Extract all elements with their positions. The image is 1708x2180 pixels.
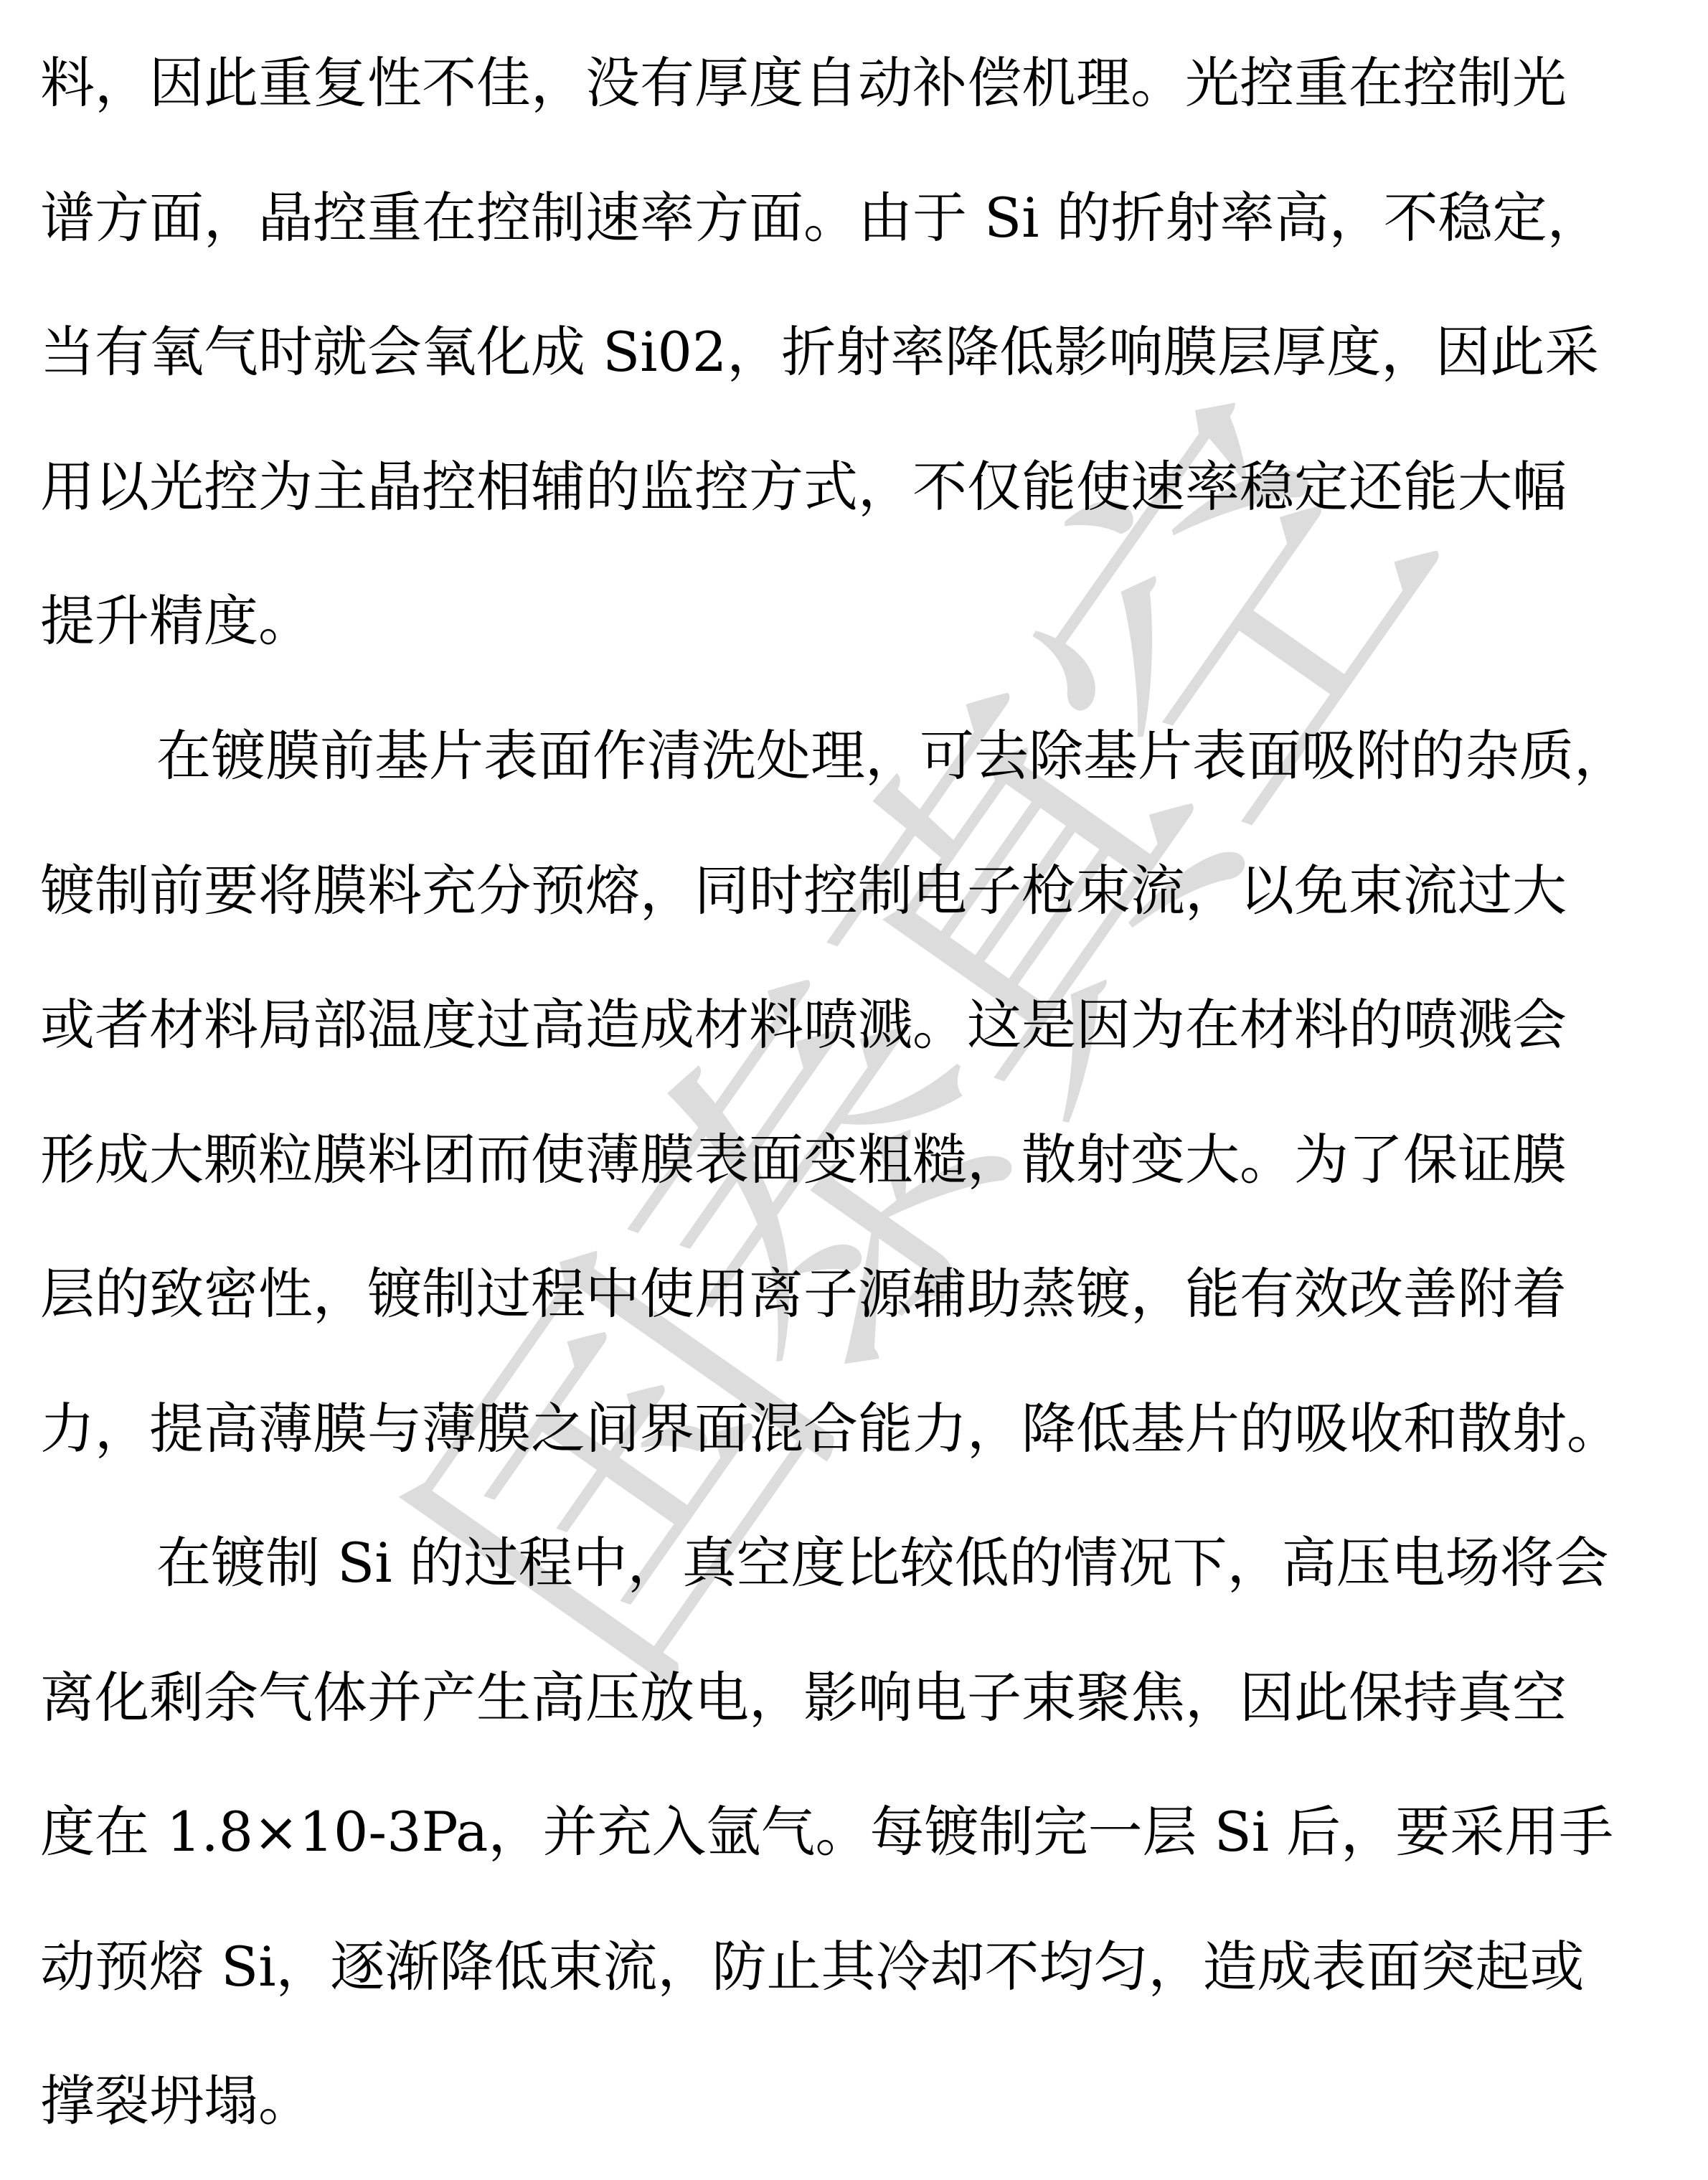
paragraph-2-line-6: 力，提高薄膜与薄膜之间界面混合能力，降低基片的吸收和散射。 bbox=[40, 1402, 1621, 1456]
paragraph-3-line-4: 动预熔 Si，逐渐降低束流，防止其冷却不均匀，造成表面突起或 bbox=[40, 1940, 1585, 1994]
paragraph-2-line-4: 形成大颗粒膜料团而使薄膜表面变粗糙，散射变大。为了保证膜 bbox=[40, 1133, 1567, 1187]
document-page: 国泰真空 料，因此重复性不佳，没有厚度自动补偿机理。光控重在控制光 谱方面，晶控… bbox=[0, 0, 1708, 2180]
paragraph-1-line-1: 料，因此重复性不佳，没有厚度自动补偿机理。光控重在控制光 bbox=[40, 56, 1567, 110]
paragraph-2-line-1: 在镀膜前基片表面作清洗处理，可去除基片表面吸附的杂质， bbox=[156, 729, 1628, 783]
paragraph-3-line-2: 离化剩余气体并产生高压放电，影响电子束聚焦，因此保持真空 bbox=[40, 1671, 1567, 1725]
paragraph-2-line-5: 层的致密性，镀制过程中使用离子源辅助蒸镀，能有效改善附着 bbox=[40, 1267, 1567, 1321]
paragraph-2-line-3: 或者材料局部温度过高造成材料喷溅。这是因为在材料的喷溅会 bbox=[40, 998, 1567, 1052]
paragraph-1-line-3: 当有氧气时就会氧化成 Si02，折射率降低影响膜层厚度，因此采 bbox=[40, 325, 1599, 379]
paragraph-2-line-2: 镀制前要将膜料充分预熔，同时控制电子枪束流，以免束流过大 bbox=[40, 864, 1567, 918]
paragraph-1-line-4: 用以光控为主晶控相辅的监控方式，不仅能使速率稳定还能大幅 bbox=[40, 460, 1567, 514]
paragraph-1-line-2: 谱方面，晶控重在控制速率方面。由于 Si 的折射率高，不稳定， bbox=[40, 191, 1602, 245]
paragraph-3-line-5: 撑裂坍塌。 bbox=[40, 2074, 313, 2128]
paragraph-3-line-3: 度在 1.8×10-3Pa，并充入氩气。每镀制完一层 Si 后，要采用手 bbox=[40, 1805, 1613, 1859]
paragraph-3-line-1: 在镀制 Si 的过程中，真空度比较低的情况下，高压电场将会 bbox=[156, 1536, 1609, 1590]
paragraph-1-line-5: 提升精度。 bbox=[40, 594, 313, 648]
